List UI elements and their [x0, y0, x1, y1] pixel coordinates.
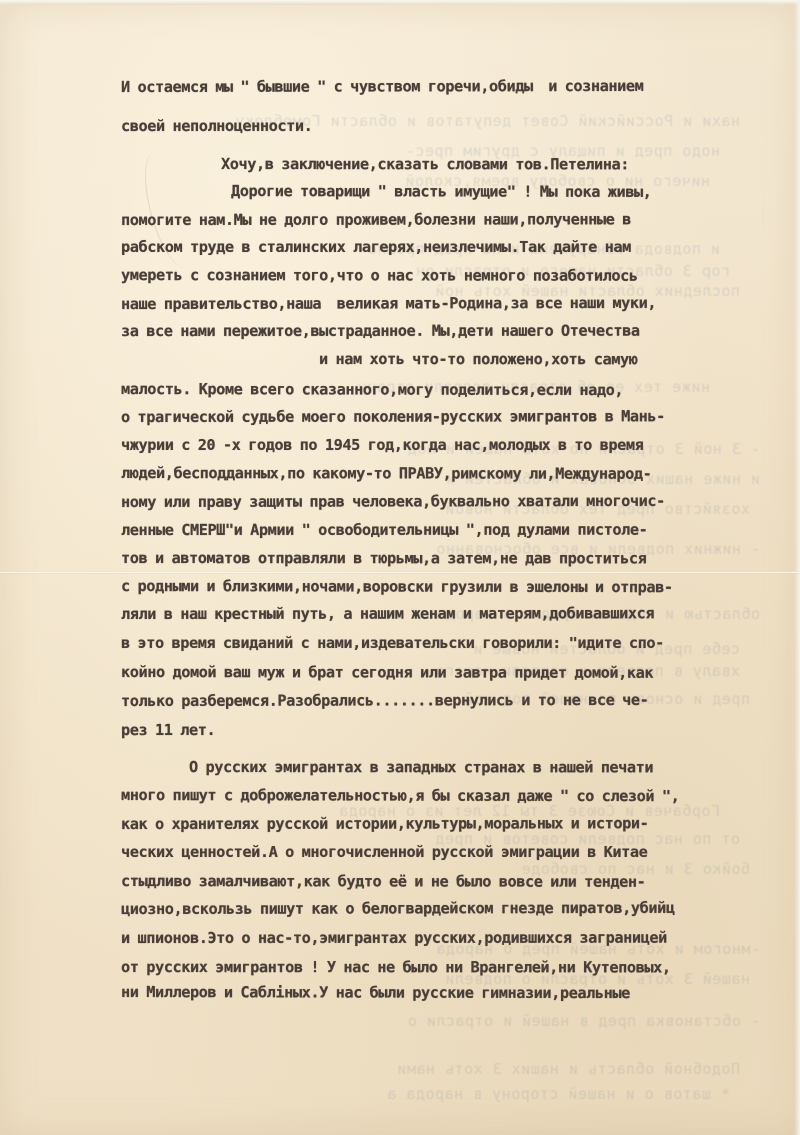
text-line: только разберемся.Разобрались.......верн… [121, 690, 648, 711]
text-line: от русских эмигрантов ! У нас не было ни… [121, 957, 671, 977]
text-line: О русских эмигрантах в западных странах … [189, 757, 653, 777]
text-line: о трагической судьбе моего поколения-рус… [121, 406, 665, 427]
text-line: ляли в наш крестный путь, а нашим женам … [121, 603, 654, 624]
text-line: в это время свиданий с нами,издевательск… [121, 633, 664, 653]
text-line: и нам хоть что-то положено,хоть самую [319, 349, 638, 369]
text-line: циозно,вскользь пишут как о белогвардейс… [121, 898, 675, 919]
text-line: И остаемся мы " бывшие " с чувством горе… [121, 76, 643, 97]
text-line: как о хранителях русской истории,культур… [121, 813, 648, 834]
text-line: наше правительство,наша великая мать-Род… [121, 293, 656, 314]
text-line: рез 11 лет. [121, 720, 215, 740]
text-line: стыдливо замалчивают,как будто её и не б… [121, 871, 645, 892]
text-line: ленные СМЕРШ"и Армии " освободительницы … [121, 520, 647, 540]
text-line: своей неполноценности. [121, 116, 312, 136]
text-line: тов и автоматов отправляли в тюрьмы,а за… [121, 548, 646, 568]
text-line: ческих ценностей.А о многочисленной русс… [121, 842, 647, 862]
text-line: чжурии с 20 -х годов по 1945 год,когда н… [121, 435, 643, 455]
text-line: малость. Кроме всего сказанного,могу под… [121, 379, 623, 400]
text-line: много пишут с доброжелательностью,я бы с… [121, 785, 679, 806]
paper-right-edge [794, 0, 800, 1135]
text-line: и шпионов.Это о нас-то,эмигрантах русски… [121, 928, 667, 948]
text-line: за все нами пережитое,выстраданное. Мы,д… [121, 321, 640, 341]
paper-top-edge [0, 0, 800, 5]
paper-fold-line [0, 571, 800, 574]
text-line: рабском труде в сталинских лагерях,неизл… [121, 237, 631, 257]
paper-page: нахи и Российский Совет депутатов и обла… [0, 0, 800, 1135]
text-line: людей,бесподданных,по какому-то ПРАВУ,ри… [121, 463, 651, 484]
text-line: с родными и близкими,ночами,воровски гру… [121, 576, 673, 597]
text-line: умереть с сознанием того,что о нас хоть … [121, 265, 638, 286]
text-line: помогите нам.Мы не долго проживем,болезн… [121, 209, 631, 230]
text-line: Хочу,в заключение,сказать словами тов.Пе… [221, 154, 629, 174]
text-line: Дорогие товарищи " власть имущие" ! Мы п… [231, 181, 651, 202]
text-line: койно домой ваш муж и брат сегодня или з… [121, 662, 653, 683]
text-line: ному или праву защиты прав человека,букв… [121, 491, 665, 512]
text-line: ни Миллеров и Сабліных.У нас были русски… [121, 982, 630, 1003]
